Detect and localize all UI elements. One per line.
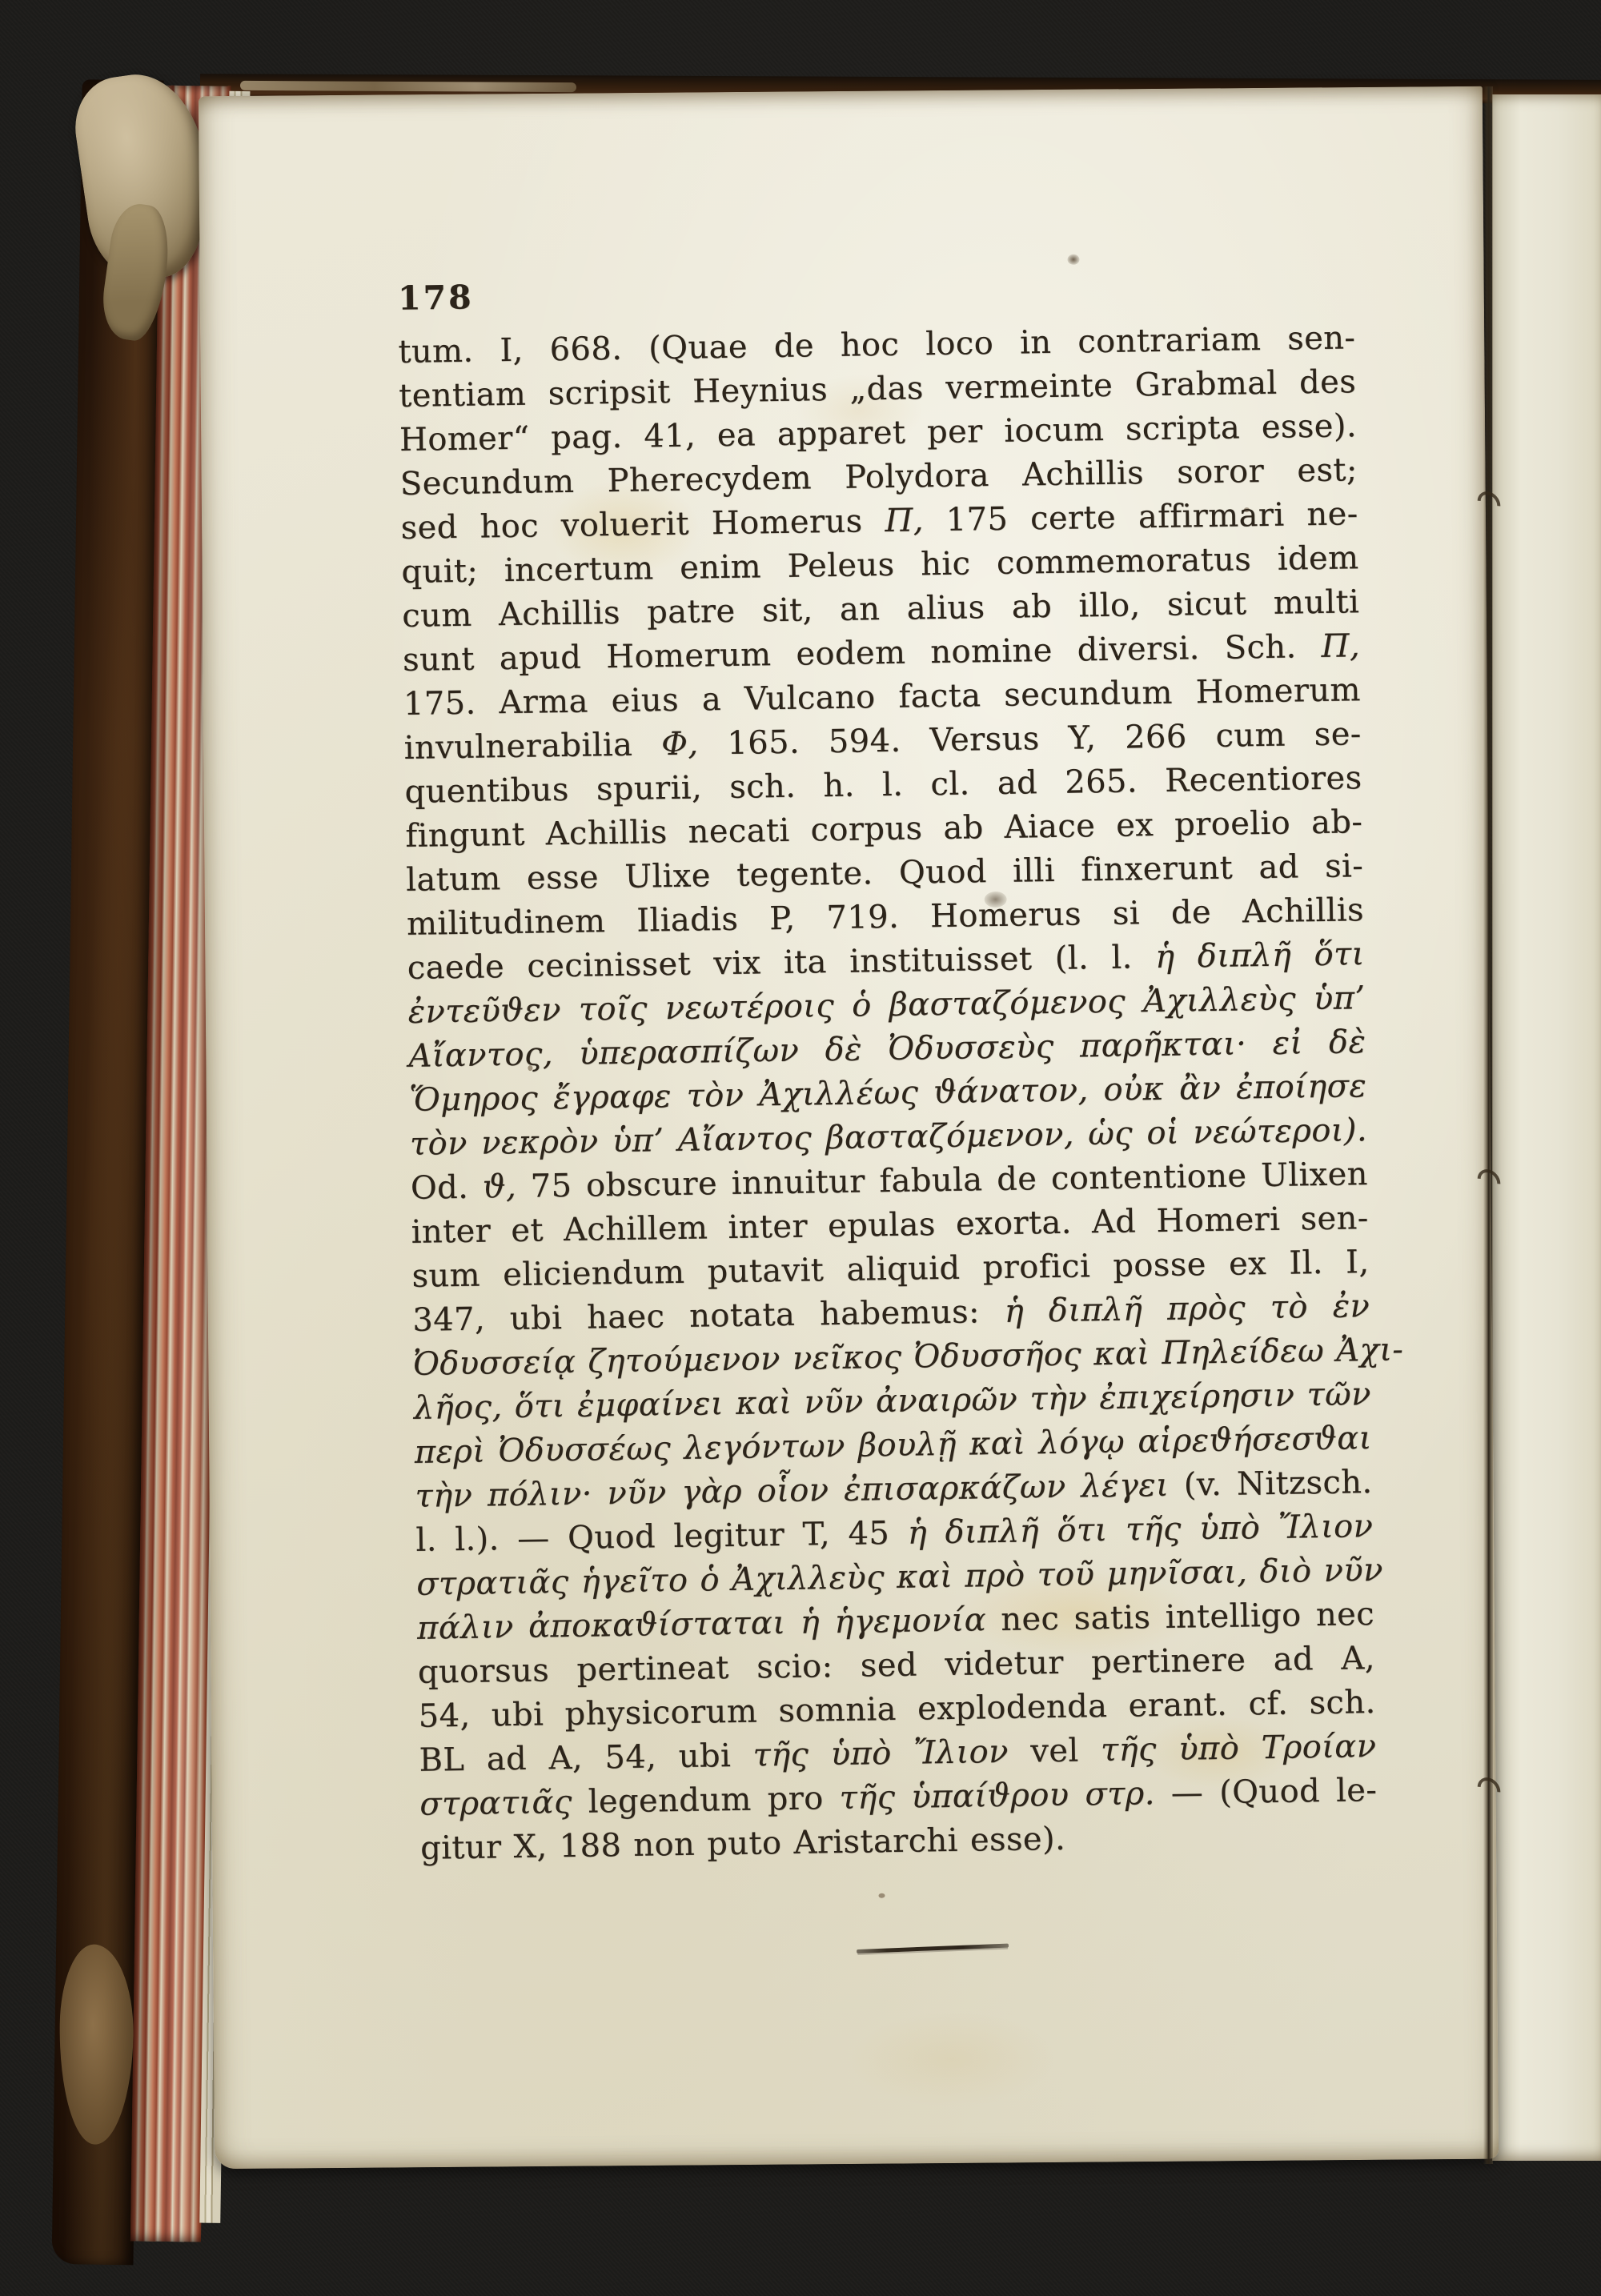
foxing-stain	[848, 2010, 1057, 2108]
foxing-stain	[548, 479, 700, 576]
ink-speck	[1244, 507, 1250, 512]
ink-speck	[1067, 254, 1079, 265]
foxing-stain	[795, 374, 924, 447]
ink-speck	[879, 1893, 885, 1898]
torn-paper-fragments	[240, 81, 576, 92]
gutter-shadow	[1483, 86, 1493, 2164]
book-page	[199, 86, 1499, 2170]
facing-page	[1492, 94, 1601, 2161]
photo-background: 178 tum. I, 668. (Quae de hoc loco in co…	[0, 0, 1601, 2296]
foxing-stain	[1142, 1716, 1294, 1789]
ink-speck	[528, 1065, 532, 1071]
foxing-stain	[956, 1569, 1197, 1658]
